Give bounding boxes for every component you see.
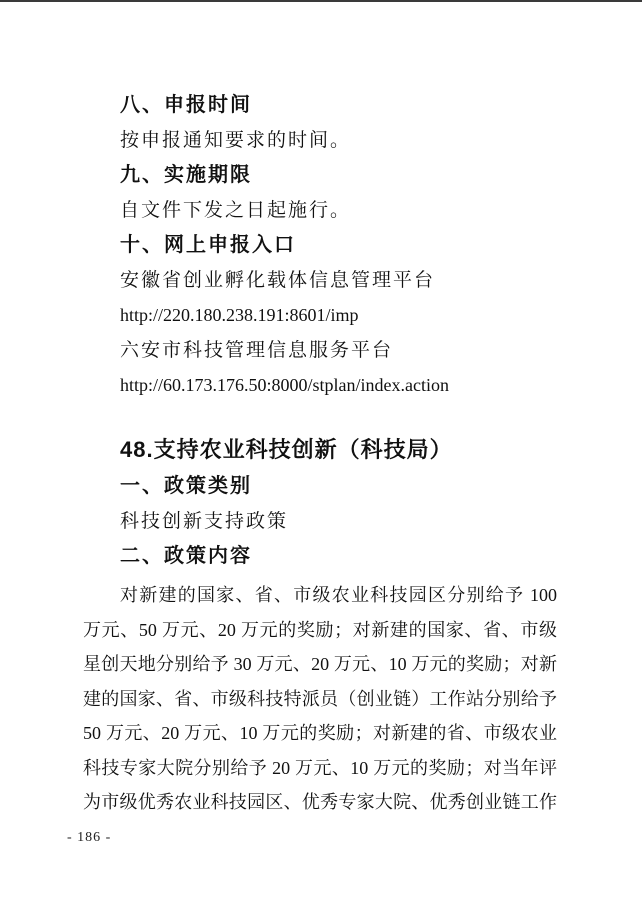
section-heading-implementation-period: 九、实施期限 [83, 158, 557, 193]
policy-paragraph-line: 万元、50 万元、20 万元的奖励；对新建的国家、省、市级 [83, 613, 557, 648]
section-gap [83, 403, 557, 431]
section-heading-application-time: 八、申报时间 [83, 88, 557, 123]
document-page: 八、申报时间 按申报通知要求的时间。 九、实施期限 自文件下发之日起施行。 十、… [0, 0, 642, 909]
section-heading-policy-category: 一、政策类别 [83, 469, 557, 504]
policy-paragraph-line: 50 万元、20 万元、10 万元的奖励；对新建的省、市级农业 [83, 716, 557, 751]
policy-paragraph-line: 科技专家大院分别给予 20 万元、10 万元的奖励；对当年评 [83, 751, 557, 786]
policy-paragraph-line: 星创天地分别给予 30 万元、20 万元、10 万元的奖励；对新 [83, 647, 557, 682]
policy-content-paragraph: 对新建的国家、省、市级农业科技园区分别给予 100 万元、50 万元、20 万元… [83, 578, 557, 820]
platform-name-luan: 六安市科技管理信息服务平台 [83, 333, 557, 368]
policy-paragraph-line: 为市级优秀农业科技园区、优秀专家大院、优秀创业链工作 [83, 785, 557, 820]
section-heading-online-portal: 十、网上申报入口 [83, 228, 557, 263]
policy-paragraph-line: 建的国家、省、市级科技特派员（创业链）工作站分别给予 [83, 682, 557, 717]
platform-url-luan: http://60.173.176.50:8000/stplan/index.a… [83, 368, 557, 403]
policy-paragraph-line: 对新建的国家、省、市级农业科技园区分别给予 100 [83, 578, 557, 613]
paragraph-implementation-period: 自文件下发之日起施行。 [83, 193, 557, 228]
platform-name-anhui: 安徽省创业孵化载体信息管理平台 [83, 263, 557, 298]
section-heading-policy-content: 二、政策内容 [83, 539, 557, 574]
platform-url-anhui: http://220.180.238.191:8601/imp [83, 298, 557, 333]
paragraph-application-time: 按申报通知要求的时间。 [83, 123, 557, 158]
paragraph-policy-category: 科技创新支持政策 [83, 504, 557, 539]
section-title-48: 48.支持农业科技创新（科技局） [83, 431, 557, 469]
document-content: 八、申报时间 按申报通知要求的时间。 九、实施期限 自文件下发之日起施行。 十、… [83, 88, 557, 820]
page-number: - 186 - [67, 830, 111, 846]
